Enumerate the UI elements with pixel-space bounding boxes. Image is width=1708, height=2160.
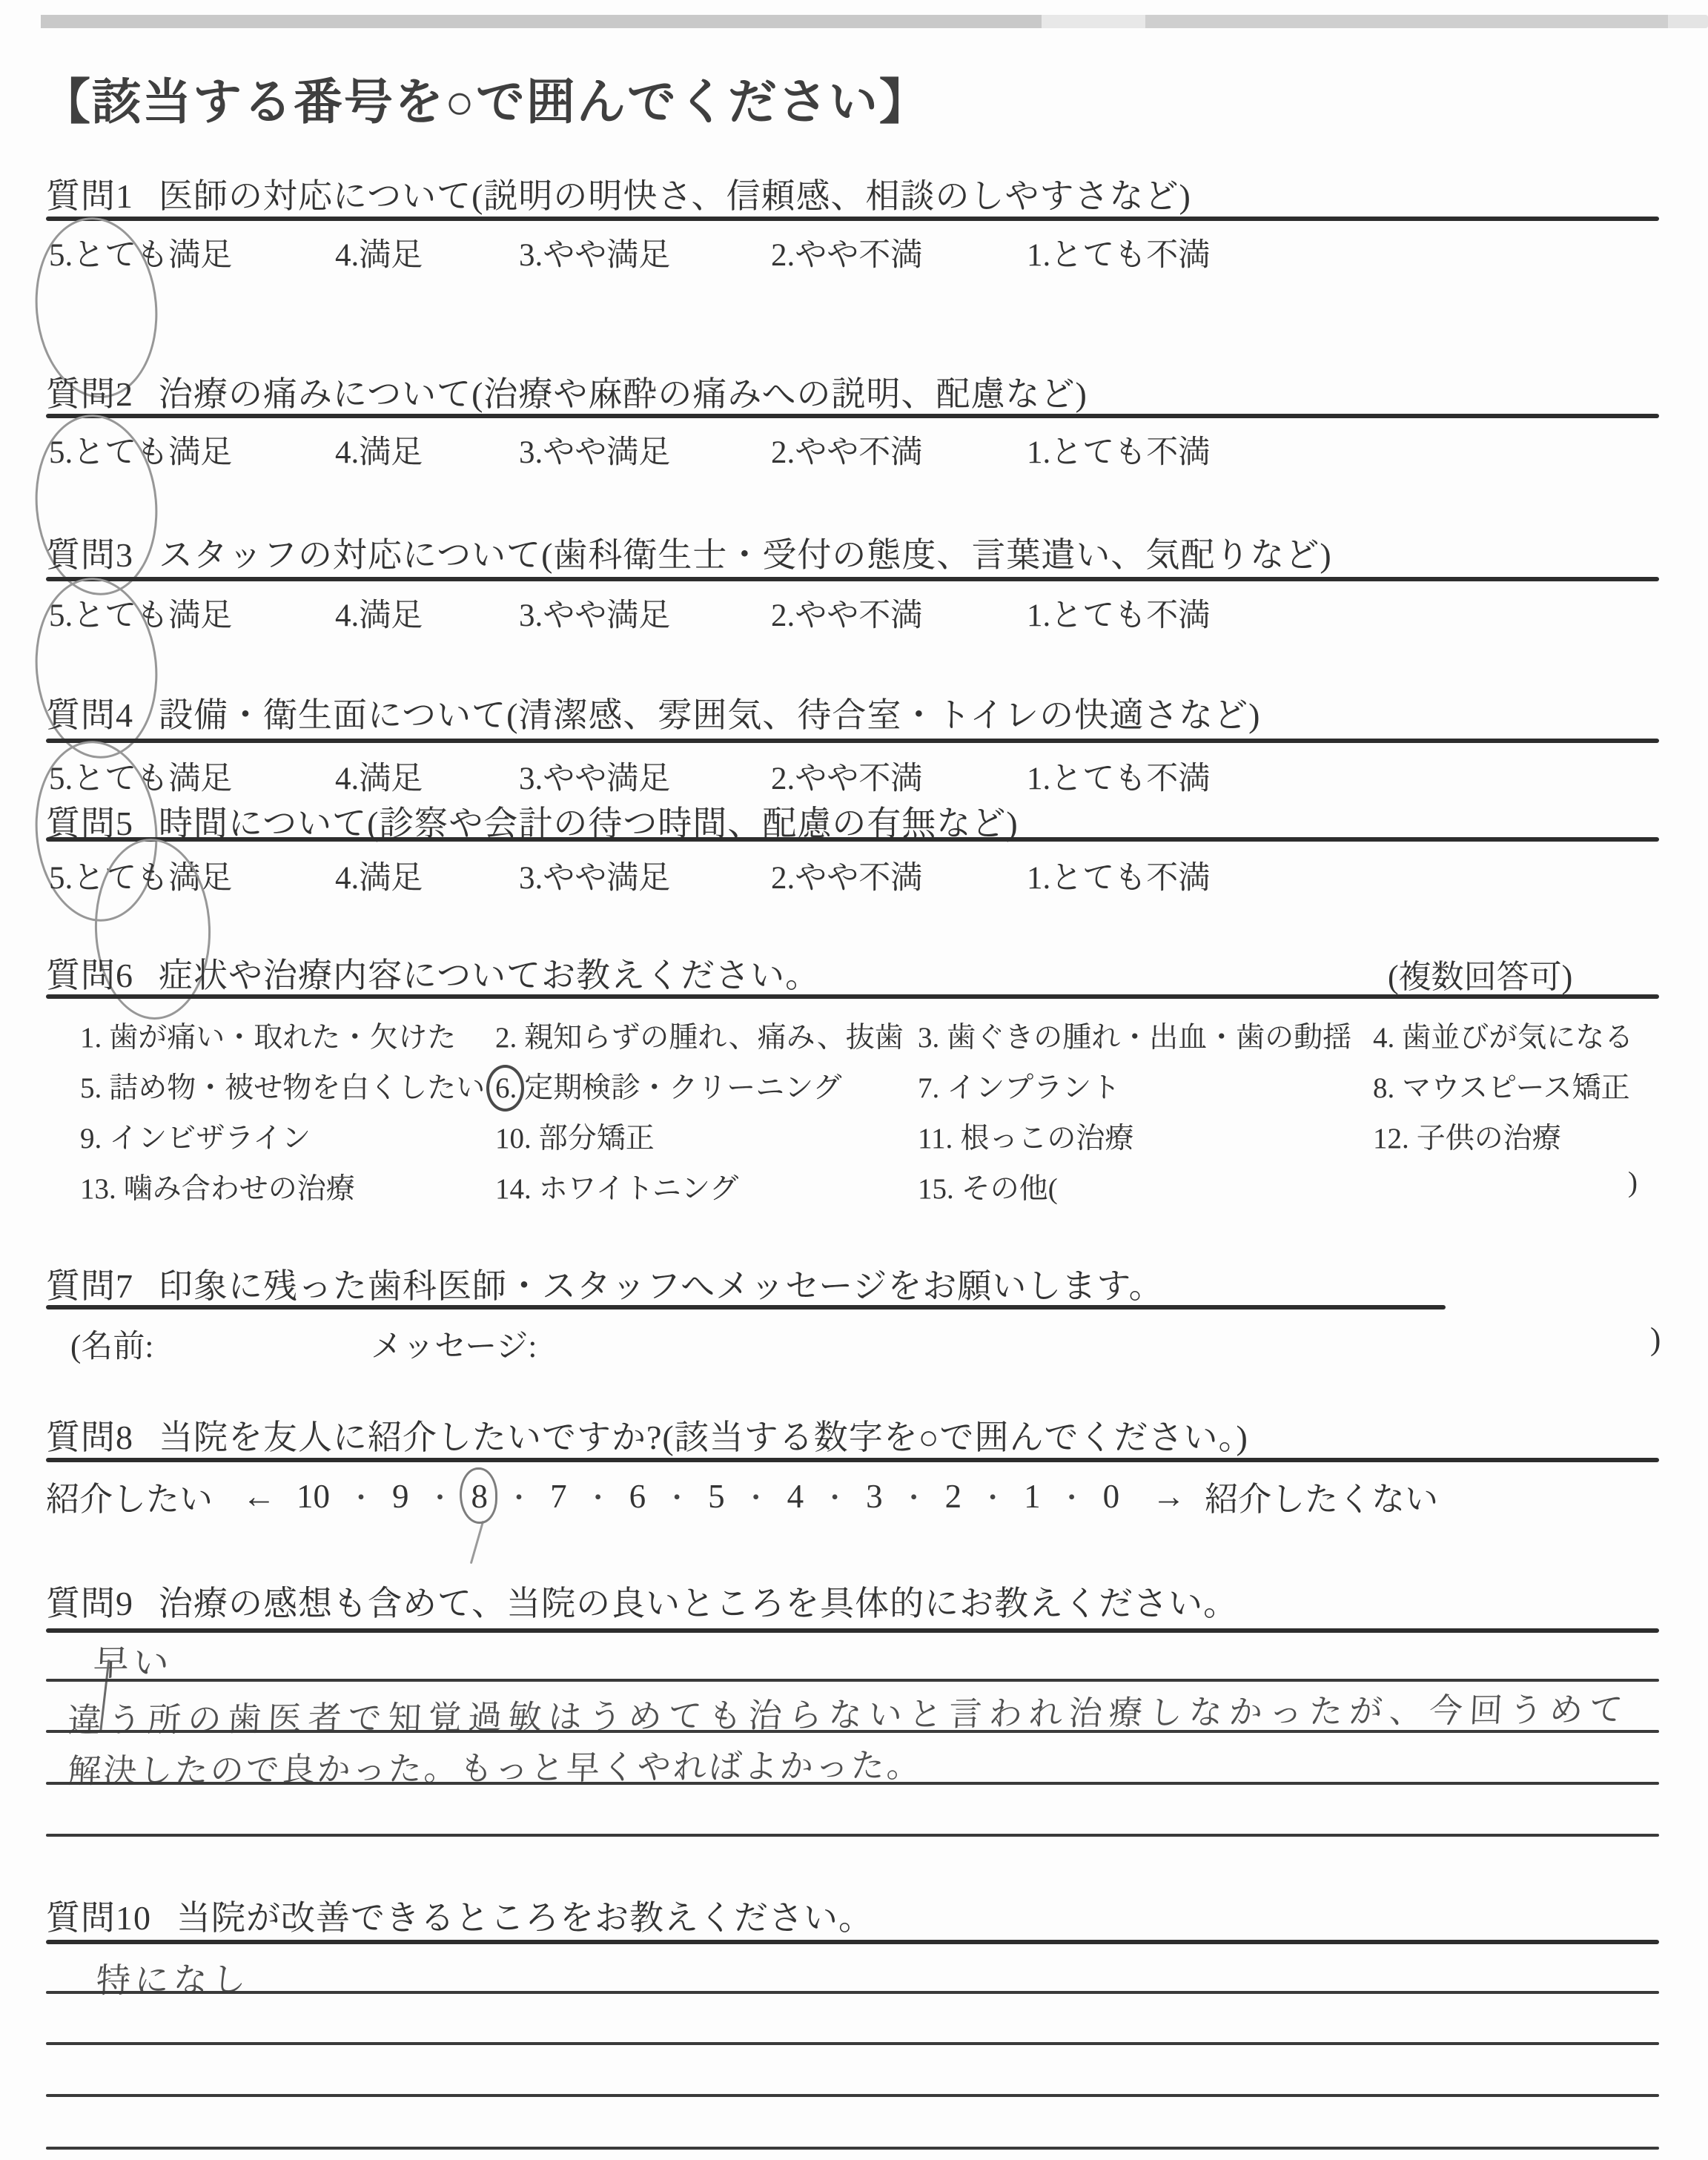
question-3-label: 質問3 <box>46 536 133 574</box>
option-somewhat-dissatisfied: 2.やや不満 <box>771 427 922 472</box>
divider <box>46 739 1659 743</box>
question-2-title: 治療の痛みについて(治療や麻酔の痛みへの説明、配慮など) <box>159 375 1088 413</box>
answer-line <box>46 1730 1659 1733</box>
symptom-option-2: 2.親知らずの腫れ、痛み、抜歯 <box>495 1014 904 1056</box>
option-somewhat-satisfied: 3.やや満足 <box>519 230 670 275</box>
option-somewhat-dissatisfied: 2.やや不満 <box>771 590 922 635</box>
option-satisfied: 4.満足 <box>335 590 423 635</box>
answer-line <box>46 1679 1659 1682</box>
divider <box>46 414 1659 418</box>
symptom-option-13: 13.噛み合わせの治療 <box>80 1166 355 1207</box>
symptom-option-10: 10.部分矯正 <box>495 1115 655 1157</box>
option-very-dissatisfied: 1.とても不満 <box>1027 230 1210 275</box>
option-very-satisfied-circled: 5.とても満足 <box>49 435 232 470</box>
scan-artifact-band <box>0 15 1708 28</box>
option-very-satisfied-circled: 5.とても満足 <box>49 238 232 273</box>
handwritten-answer-line: 早い <box>92 1634 174 1686</box>
name-field-label: (名前: <box>70 1321 153 1367</box>
question-9-title: 治療の感想も含めて、当院の良いところを具体的にお教えください。 <box>159 1585 1238 1622</box>
right-arrow-icon: → <box>1152 1477 1185 1516</box>
option-very-dissatisfied: 1.とても不満 <box>1027 427 1210 472</box>
question-6-options-row-4: 13.噛み合わせの治療 14.ホワイトニング 15.その他( ) <box>0 1166 1708 1209</box>
question-4-label: 質問4 <box>46 696 133 734</box>
question-7-title: 印象に残った歯科医師・スタッフへメッセージをお願いします。 <box>159 1267 1164 1305</box>
nps-3: 3 <box>866 1477 883 1516</box>
divider <box>46 1458 1659 1462</box>
handwritten-answer-line: 特になし <box>95 1952 251 2002</box>
nps-scale-row: 紹介したい ← 10・ 9・ 8・ 7・ 6・ 5・ 4・ 3・ 2・ 1・ 0… <box>46 1472 1677 1520</box>
divider <box>46 1305 1446 1309</box>
option-very-dissatisfied: 1.とても不満 <box>1027 590 1210 635</box>
answer-line <box>46 2147 1659 2150</box>
question-1-label: 質問1 <box>46 177 133 215</box>
symptom-option-12: 12.子供の治療 <box>1373 1115 1561 1157</box>
question-7-label: 質問7 <box>46 1267 133 1305</box>
nps-1: 1 <box>1024 1477 1041 1516</box>
question-4-header: 質問4設備・衛生面について(清潔感、雰囲気、待合室・トイレの快適さなど) <box>46 688 1260 737</box>
question-8-title: 当院を友人に紹介したいですか?(該当する数字を○で囲んでください。) <box>159 1418 1248 1456</box>
symptom-option-4: 4.歯並びが気になる <box>1373 1014 1633 1056</box>
answer-line <box>46 1991 1659 1994</box>
question-4-options: 5.とても満足 4.満足 3.やや満足 2.やや不満 1.とても不満 <box>0 753 1708 798</box>
symptom-option-6-circled: 6.定期検診・クリーニング <box>495 1065 841 1106</box>
nps-left-label: 紹介したい <box>46 1472 213 1520</box>
question-1-title: 医師の対応について(説明の明快さ、信頼感、相談のしやすさなど) <box>159 177 1191 215</box>
question-4-title: 設備・衛生面について(清潔感、雰囲気、待合室・トイレの快適さなど) <box>159 696 1260 734</box>
question-6-options-row-3: 9.インビザライン 10.部分矯正 11.根っこの治療 12.子供の治療 <box>0 1115 1708 1158</box>
option-satisfied: 4.満足 <box>335 230 423 275</box>
question-6-header: 質問6症状や治療内容についてお教えください。 <box>46 948 820 997</box>
question-8-header: 質問8当院を友人に紹介したいですか?(該当する数字を○で囲んでください。) <box>46 1410 1248 1459</box>
symptom-option-9: 9.インビザライン <box>80 1115 311 1157</box>
nps-4: 4 <box>787 1477 804 1516</box>
nps-10: 10 <box>297 1477 330 1516</box>
option-very-satisfied-circled: 5.とても満足 <box>49 861 232 896</box>
pen-tail-stroke <box>469 1520 483 1564</box>
circled-answer-6: 6. <box>495 1071 517 1105</box>
option-somewhat-satisfied: 3.やや満足 <box>519 427 670 472</box>
divider <box>46 1940 1659 1944</box>
other-close-paren: ) <box>1628 1166 1638 1199</box>
nps-2: 2 <box>945 1477 962 1516</box>
option-satisfied: 4.満足 <box>335 853 423 898</box>
nps-9: 9 <box>392 1477 409 1516</box>
question-2-label: 質問2 <box>46 375 133 413</box>
question-3-title: スタッフの対応について(歯科衛生士・受付の態度、言葉遣い、気配りなど) <box>159 536 1332 574</box>
question-6-title: 症状や治療内容についてお教えください。 <box>159 957 820 994</box>
symptom-option-3: 3.歯ぐきの腫れ・出血・歯の動揺 <box>918 1014 1351 1056</box>
option-satisfied: 4.満足 <box>335 753 423 799</box>
divider <box>46 837 1659 842</box>
symptom-option-14: 14.ホワイトニング <box>495 1166 738 1207</box>
question-6-note: (複数回答可) <box>1388 950 1572 997</box>
option-somewhat-satisfied: 3.やや満足 <box>519 590 670 635</box>
symptom-option-11: 11.根っこの治療 <box>918 1115 1133 1157</box>
option-somewhat-satisfied: 3.やや満足 <box>519 753 670 799</box>
question-2-options: 5.とても満足 4.満足 3.やや満足 2.やや不満 1.とても不満 <box>0 427 1708 472</box>
question-1-options: 5.とても満足 4.満足 3.やや満足 2.やや不満 1.とても不満 <box>0 230 1708 274</box>
question-8-label: 質問8 <box>46 1418 133 1456</box>
question-5-options: 5.とても満足 4.満足 3.やや満足 2.やや不満 1.とても不満 <box>0 853 1708 897</box>
option-very-satisfied-circled: 5.とても満足 <box>49 598 232 633</box>
answer-line <box>46 1834 1659 1837</box>
option-very-satisfied-circled: 5.とても満足 <box>49 762 232 796</box>
symptom-option-8: 8.マウスピース矯正 <box>1373 1065 1630 1106</box>
nps-right-label: 紹介したくない <box>1205 1472 1438 1520</box>
question-6-options-row-1: 1.歯が痛い・取れた・欠けた 2.親知らずの腫れ、痛み、抜歯 3.歯ぐきの腫れ・… <box>0 1014 1708 1057</box>
question-3-options: 5.とても満足 4.満足 3.やや満足 2.やや不満 1.とても不満 <box>0 590 1708 635</box>
question-9-label: 質問9 <box>46 1585 133 1622</box>
question-10-title: 当院が改善できるところをお教えください。 <box>176 1899 873 1937</box>
message-field-label: メッセージ: <box>371 1321 537 1367</box>
answer-line <box>46 1782 1659 1785</box>
divider <box>46 1628 1659 1633</box>
option-somewhat-dissatisfied: 2.やや不満 <box>771 853 922 898</box>
question-7-header: 質問7印象に残った歯科医師・スタッフへメッセージをお願いします。 <box>46 1259 1164 1308</box>
question-10-label: 質問10 <box>46 1899 151 1937</box>
question-10-header: 質問10当院が改善できるところをお教えください。 <box>46 1891 873 1940</box>
option-somewhat-satisfied: 3.やや満足 <box>519 853 670 898</box>
symptom-option-1: 1.歯が痛い・取れた・欠けた <box>80 1014 456 1056</box>
fields-close-paren: ) <box>1650 1321 1661 1358</box>
nps-6: 6 <box>629 1477 646 1516</box>
question-6-options-row-2: 5.詰め物・被せ物を白くしたい 6.定期検診・クリーニング 7.インプラント 8… <box>0 1065 1708 1108</box>
option-somewhat-dissatisfied: 2.やや不満 <box>771 753 922 799</box>
symptom-option-5: 5.詰め物・被せ物を白くしたい <box>80 1065 485 1106</box>
question-1-header: 質問1医師の対応について(説明の明快さ、信頼感、相談のしやすさなど) <box>46 169 1191 218</box>
option-very-dissatisfied: 1.とても不満 <box>1027 753 1210 799</box>
option-somewhat-dissatisfied: 2.やや不満 <box>771 230 922 275</box>
answer-line <box>46 2042 1659 2045</box>
divider <box>46 217 1659 221</box>
nps-0: 0 <box>1103 1477 1120 1516</box>
symptom-option-15-other: 15.その他( <box>918 1166 1058 1207</box>
question-9-header: 質問9治療の感想も含めて、当院の良いところを具体的にお教えください。 <box>46 1576 1238 1625</box>
divider <box>46 577 1659 581</box>
form-title: 【該当する番号を○で囲んでください】 <box>42 62 930 133</box>
divider <box>46 994 1659 999</box>
survey-form-page: 【該当する番号を○で囲んでください】 質問1医師の対応について(説明の明快さ、信… <box>0 0 1708 2160</box>
question-6-label: 質問6 <box>46 957 133 994</box>
nps-8-circled: 8 <box>471 1477 489 1516</box>
option-very-dissatisfied: 1.とても不満 <box>1027 853 1210 898</box>
symptom-option-7: 7.インプラント <box>918 1065 1120 1106</box>
answer-line <box>46 2094 1659 2097</box>
nps-7: 7 <box>550 1477 567 1516</box>
left-arrow-icon: ← <box>242 1477 276 1516</box>
option-satisfied: 4.満足 <box>335 427 423 472</box>
nps-5: 5 <box>708 1477 725 1516</box>
question-2-header: 質問2治療の痛みについて(治療や麻酔の痛みへの説明、配慮など) <box>46 367 1088 416</box>
question-3-header: 質問3スタッフの対応について(歯科衛生士・受付の態度、言葉遣い、気配りなど) <box>46 528 1332 577</box>
